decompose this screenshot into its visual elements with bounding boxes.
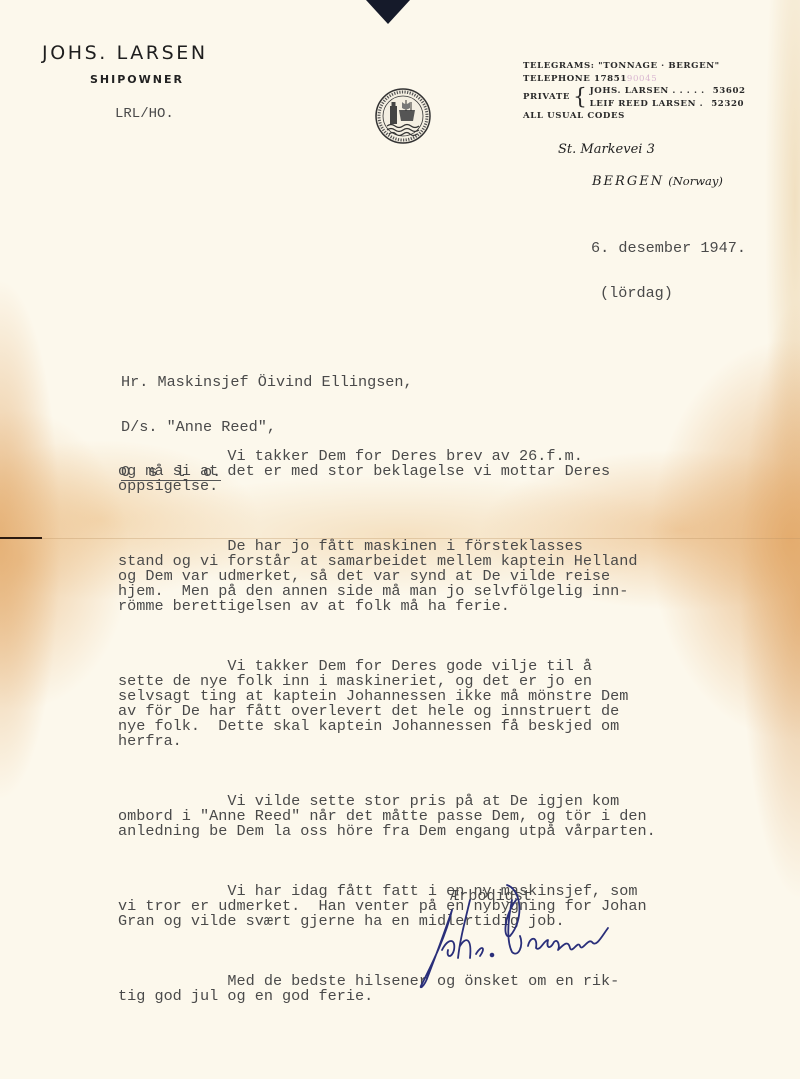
handwritten-signature: Johs. Larsen (412, 880, 632, 990)
letter-date: 6. desember 1947. (lördag) (591, 211, 746, 316)
bergen-city-seal-icon (375, 88, 431, 144)
country-name: (Norway) (668, 174, 723, 188)
company-subtitle: SHIPOWNER (90, 73, 184, 86)
company-name: JOHS. LARSEN (42, 42, 208, 64)
edge-tear (0, 537, 42, 539)
top-notch (366, 0, 410, 24)
sender-street: St. Markevei 3 (558, 142, 655, 157)
private-name: LEIF REED LARSEN . (590, 99, 704, 109)
body-paragraph: Vi vilde sette stor pris på at De igjen … (118, 794, 656, 839)
body-paragraph: Vi takker Dem for Deres brev av 26.f.m. … (118, 449, 656, 494)
codes-line: ALL USUAL CODES (523, 110, 746, 123)
telephone-stamp: 90045 (627, 74, 657, 84)
private-numbers: PRIVATE { JOHS. LARSEN . . . . .53602 LE… (523, 85, 746, 110)
brace-icon: { (573, 87, 588, 109)
reference-code: LRL/HO. (115, 107, 174, 122)
private-name: JOHS. LARSEN . . . . . (590, 86, 705, 96)
sender-city: BERGEN (Norway) (592, 174, 723, 189)
weekday-line: (lördag) (591, 286, 746, 301)
private-number: 53602 (713, 85, 746, 98)
date-line: 6. desember 1947. (591, 241, 746, 256)
telephone-label: TELEPHONE (523, 74, 590, 84)
private-label: PRIVATE (523, 91, 570, 104)
telegrams-line: TELEGRAMS: "TONNAGE · BERGEN" (523, 60, 746, 73)
body-paragraph: De har jo fått maskinen i försteklasses … (118, 539, 656, 614)
city-name: BERGEN (592, 174, 664, 189)
recipient-name: Hr. Maskinsjef Öivind Ellingsen, (121, 375, 413, 390)
telephone-line: TELEPHONE 1785190045 (523, 73, 746, 86)
contact-block: TELEGRAMS: "TONNAGE · BERGEN" TELEPHONE … (523, 60, 746, 123)
body-paragraph: Vi takker Dem for Deres gode vilje til å… (118, 659, 656, 749)
private-number: 52320 (711, 98, 744, 111)
telephone-number: 17851 (594, 74, 627, 84)
